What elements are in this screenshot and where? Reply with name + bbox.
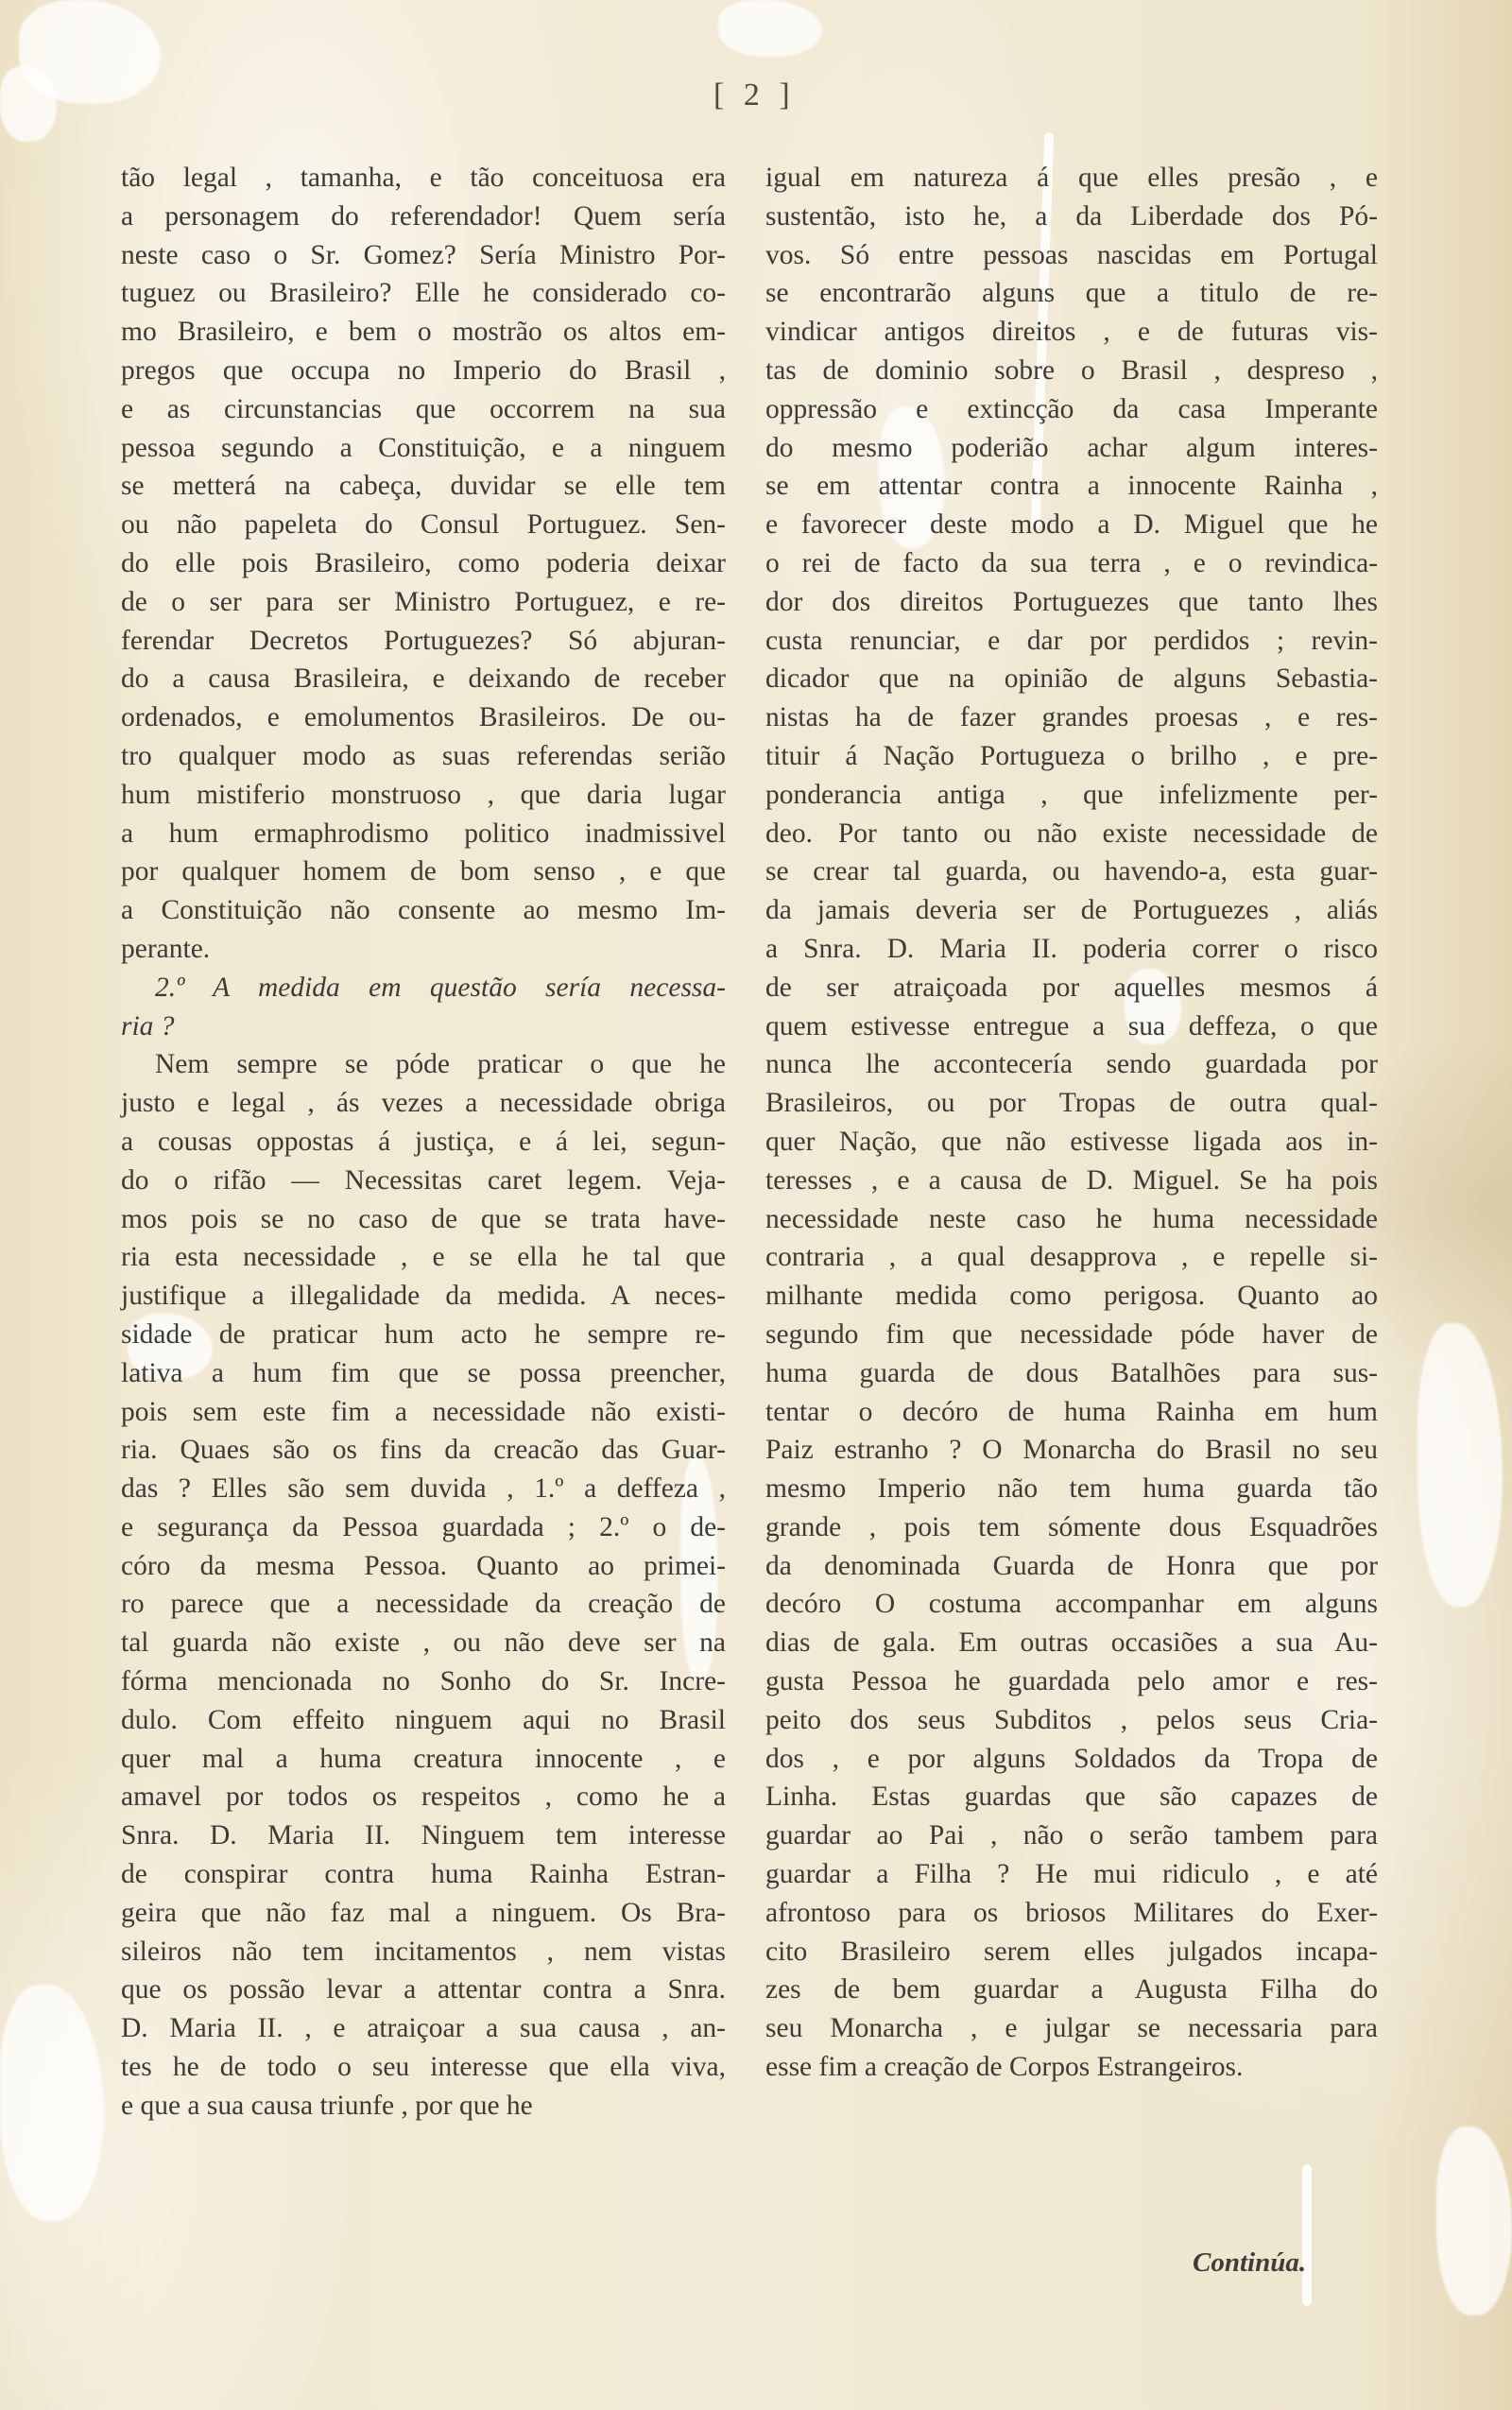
text-line: quem estivesse entregue a sua deffeza, o… xyxy=(765,1007,1378,1046)
text-line: se crear tal guarda, ou havendo-a, esta … xyxy=(765,852,1378,891)
text-line: tuguez ou Brasileiro? Elle he considerad… xyxy=(121,274,726,313)
right-column: igual em natureza á que elles presão , e… xyxy=(765,159,1378,2087)
stain-top-center xyxy=(718,0,822,57)
text-line: igual em natureza á que elles presão , e xyxy=(765,159,1378,198)
text-line: ponderancia antiga , que infelizmente pe… xyxy=(765,776,1378,815)
text-line: pessoa segundo a Constituição, e a ningu… xyxy=(121,429,726,468)
drip-lower-right xyxy=(1302,2164,1312,2306)
text-line: guardar ao Pai , não o serão tambem para xyxy=(765,1816,1378,1855)
text-line: e segurança da Pessoa guardada ; 2.º o d… xyxy=(121,1508,726,1547)
text-line: da denominada Guarda de Honra que por xyxy=(765,1547,1378,1586)
text-line: dor dos direitos Portuguezes que tanto l… xyxy=(765,583,1378,622)
text-line: a Snra. D. Maria II. poderia correr o ri… xyxy=(765,930,1378,969)
text-line: se em attentar contra a innocente Rainha… xyxy=(765,467,1378,506)
text-line: sustentão, isto he, a da Liberdade dos P… xyxy=(765,198,1378,236)
text-line: ordenados, e emolumentos Brasileiros. De… xyxy=(121,698,726,737)
text-line: quer mal a huma creatura innocente , e xyxy=(121,1740,726,1779)
text-line: de o ser para ser Ministro Portuguez, e … xyxy=(121,583,726,622)
text-line: guardar a Filha ? He mui ridiculo , e at… xyxy=(765,1855,1378,1894)
text-line: dulo. Com effeito ninguem aqui no Brasil xyxy=(121,1701,726,1740)
text-line: Linha. Estas guardas que são capazes de xyxy=(765,1778,1378,1816)
stain-left-lower xyxy=(0,1985,104,2221)
text-line: vindicar antigos direitos , e de futuras… xyxy=(765,313,1378,352)
text-line: deo. Por tanto ou não existe necessidade… xyxy=(765,815,1378,853)
text-line: nunca lhe accontecería sendo guardada po… xyxy=(765,1045,1378,1084)
text-line: afrontoso para os briosos Militares do E… xyxy=(765,1894,1378,1933)
text-line: do elle pois Brasileiro, como poderia de… xyxy=(121,544,726,583)
text-line: Paiz estranho ? O Monarcha do Brasil no … xyxy=(765,1431,1378,1470)
text-line: pois sem este fim a necessidade não exis… xyxy=(121,1393,726,1432)
text-line: teresses , e a causa de D. Miguel. Se ha… xyxy=(765,1162,1378,1200)
text-line: hum mistiferio monstruoso , que daria lu… xyxy=(121,776,726,815)
text-line: cito Brasileiro serem elles julgados inc… xyxy=(765,1933,1378,1971)
left-column: tão legal , tamanha, e tão conceituosa e… xyxy=(121,159,726,2126)
text-line: e favorecer deste modo a D. Miguel que h… xyxy=(765,506,1378,544)
text-line: quer Nação, que não estivesse ligada aos… xyxy=(765,1123,1378,1162)
text-line: esse fim a creação de Corpos Estrangeiro… xyxy=(765,2048,1378,2087)
text-line: tal guarda não existe , ou não deve ser … xyxy=(121,1624,726,1662)
stain-right-edge xyxy=(1417,1323,1503,1607)
text-line: Snra. D. Maria II. Ninguem tem interesse xyxy=(121,1816,726,1855)
text-line: dos , e por alguns Soldados da Tropa de xyxy=(765,1740,1378,1779)
text-line: a Constituição não consente ao mesmo Im- xyxy=(121,891,726,930)
text-line: Nem sempre se póde praticar o que he xyxy=(121,1045,726,1084)
text-line: pregos que occupa no Imperio do Brasil , xyxy=(121,352,726,390)
continuation-note: Continúa. xyxy=(1193,2247,1306,2279)
text-line: dicador que na opinião de alguns Sebasti… xyxy=(765,660,1378,698)
text-line: fórma mencionada no Sonho do Sr. Incre- xyxy=(121,1662,726,1701)
text-line: do a causa Brasileira, e deixando de rec… xyxy=(121,660,726,698)
text-line: D. Maria II. , e atraiçoar a sua causa ,… xyxy=(121,2009,726,2048)
text-line: mos pois se no caso de que se trata have… xyxy=(121,1200,726,1239)
page-number: [ 2 ] xyxy=(713,77,796,113)
text-line: sileiros não tem incitamentos , nem vist… xyxy=(121,1933,726,1971)
scanned-page: [ 2 ] tão legal , tamanha, e tão conceit… xyxy=(0,0,1512,2410)
text-line: se metterá na cabeça, duvidar se elle te… xyxy=(121,467,726,506)
text-line: a cousas oppostas á justiça, e á lei, se… xyxy=(121,1123,726,1162)
text-line: tas de dominio sobre o Brasil , despreso… xyxy=(765,352,1378,390)
text-line: mesmo Imperio não tem huma guarda tão xyxy=(765,1470,1378,1508)
stain-bottom-right xyxy=(1436,2126,1512,2315)
text-line: o rei de facto da sua terra , e o revind… xyxy=(765,544,1378,583)
text-line: ria ? xyxy=(121,1007,726,1046)
text-line: segundo fim que necessidade póde haver d… xyxy=(765,1316,1378,1354)
text-line: córo da mesma Pessoa. Quanto ao primei- xyxy=(121,1547,726,1586)
text-line: sidade de praticar hum acto he sempre re… xyxy=(121,1316,726,1354)
text-line: tão legal , tamanha, e tão conceituosa e… xyxy=(121,159,726,198)
text-line: ou não papeleta do Consul Portuguez. Sen… xyxy=(121,506,726,544)
text-line: de conspirar contra huma Rainha Estran- xyxy=(121,1855,726,1894)
text-line: custa renunciar, e dar por perdidos ; re… xyxy=(765,622,1378,661)
text-line: amavel por todos os respeitos , como he … xyxy=(121,1778,726,1816)
text-line: perante. xyxy=(121,930,726,969)
text-line: justifique a illegalidade da medida. A n… xyxy=(121,1277,726,1316)
text-line: peito dos seus Subditos , pelos seus Cri… xyxy=(765,1701,1378,1740)
text-line: tentar o decóro de huma Rainha em hum xyxy=(765,1393,1378,1432)
text-line: tro qualquer modo as suas referendas ser… xyxy=(121,737,726,776)
text-line: milhante medida como perigosa. Quanto ao xyxy=(765,1277,1378,1316)
text-line: Brasileiros, ou por Tropas de outra qual… xyxy=(765,1084,1378,1123)
text-line: se encontrarão alguns que a titulo de re… xyxy=(765,274,1378,313)
text-line: a hum ermaphrodismo politico inadmissive… xyxy=(121,815,726,853)
text-line: por qualquer homem de bom senso , e que xyxy=(121,852,726,891)
text-line: das ? Elles são sem duvida , 1.º a deffe… xyxy=(121,1470,726,1508)
text-line: contraria , a qual desapprova , e repell… xyxy=(765,1238,1378,1277)
text-line: dias de gala. Em outras occasiões a sua … xyxy=(765,1624,1378,1662)
text-line: gusta Pessoa he guardada pelo amor e res… xyxy=(765,1662,1378,1701)
text-line: tituir á Nação Portugueza o brilho , e p… xyxy=(765,737,1378,776)
text-line: vos. Só entre pessoas nascidas em Portug… xyxy=(765,236,1378,275)
text-line: huma guarda de dous Batalhões para sus- xyxy=(765,1354,1378,1393)
text-line: ria. Quaes são os fins da creacão das Gu… xyxy=(121,1431,726,1470)
text-line: necessidade neste caso he huma necessida… xyxy=(765,1200,1378,1239)
text-line: decóro O costuma accompanhar em alguns xyxy=(765,1585,1378,1624)
text-line: lativa a hum fim que se possa preencher, xyxy=(121,1354,726,1393)
text-line: que os possão levar a attentar contra a … xyxy=(121,1971,726,2009)
text-line: geira que não faz mal a ninguem. Os Bra- xyxy=(121,1894,726,1933)
text-line: da jamais deveria ser de Portuguezes , a… xyxy=(765,891,1378,930)
text-line: ferendar Decretos Portuguezes? Só abjura… xyxy=(121,622,726,661)
text-line: oppressão e extincção da casa Imperante xyxy=(765,390,1378,429)
text-line: grande , pois tem sómente dous Esquadrõe… xyxy=(765,1508,1378,1547)
text-line: e as circunstancias que occorrem na sua xyxy=(121,390,726,429)
text-line: ria esta necessidade , e se ella he tal … xyxy=(121,1238,726,1277)
text-line: e que a sua causa triunfe , por que he xyxy=(121,2087,726,2126)
text-line: 2.º A medida em questão sería necessa- xyxy=(121,969,726,1007)
text-line: ro parece que a necessidade da creação d… xyxy=(121,1585,726,1624)
text-line: nistas ha de fazer grandes proesas , e r… xyxy=(765,698,1378,737)
text-line: zes de bem guardar a Augusta Filha do xyxy=(765,1971,1378,2009)
text-line: mo Brasileiro, e bem o mostrão os altos … xyxy=(121,313,726,352)
text-line: a personagem do referendador! Quem sería xyxy=(121,198,726,236)
text-line: justo e legal , ás vezes a necessidade o… xyxy=(121,1084,726,1123)
text-line: tes he de todo o seu interesse que ella … xyxy=(121,2048,726,2087)
text-line: do mesmo poderião achar algum interes- xyxy=(765,429,1378,468)
text-line: neste caso o Sr. Gomez? Sería Ministro P… xyxy=(121,236,726,275)
text-line: do o rifão — Necessitas caret legem. Vej… xyxy=(121,1162,726,1200)
text-line: seu Monarcha , e julgar se necessaria pa… xyxy=(765,2009,1378,2048)
text-line: de ser atraiçoada por aquelles mesmos á xyxy=(765,969,1378,1007)
